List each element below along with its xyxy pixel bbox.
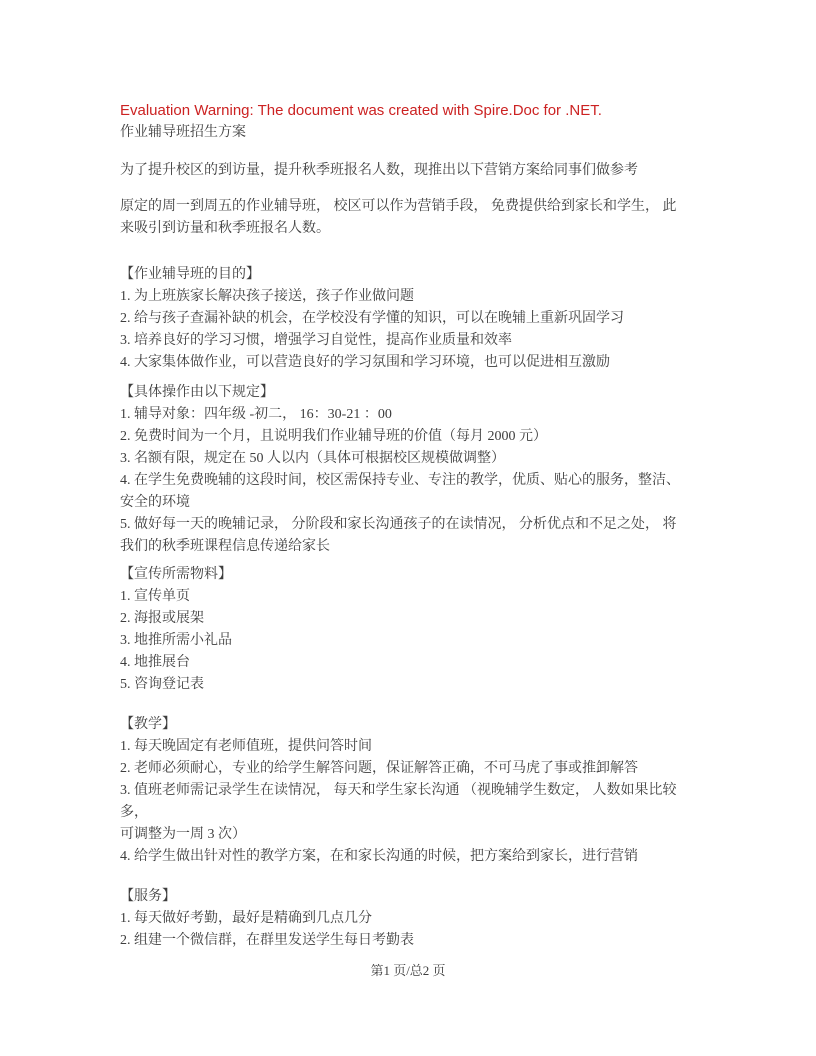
evaluation-warning-text: Evaluation Warning: The document was cre…	[120, 100, 696, 122]
section-service: 【服务】1. 每天做好考勤，最好是精确到几点几分2. 组建一个微信群，在群里发送…	[120, 886, 696, 952]
section-heading: 【具体操作由以下规定】	[120, 382, 696, 404]
text-line: 3. 培养良好的学习习惯，增强学习自觉性，提高作业质量和效率	[120, 330, 696, 352]
text-line: 可调整为一周 3 次）	[120, 824, 696, 846]
intro-paragraph-2: 原定的周一到周五的作业辅导班， 校区可以作为营销手段， 免费提供给到家长和学生，…	[120, 196, 696, 240]
text-line: 1. 为上班族家长解决孩子接送，孩子作业做问题	[120, 286, 696, 308]
section-purpose: 【作业辅导班的目的】1. 为上班族家长解决孩子接送，孩子作业做问题2. 给与孩子…	[120, 264, 696, 374]
section-materials: 【宣传所需物料】1. 宣传单页2. 海报或展架3. 地推所需小礼品4. 地推展台…	[120, 564, 696, 696]
text-line: 2. 组建一个微信群，在群里发送学生每日考勤表	[120, 930, 696, 952]
text-line: 多，	[120, 802, 696, 824]
section-heading: 【作业辅导班的目的】	[120, 264, 696, 286]
page-number-footer: 第1 页/总2 页	[0, 960, 816, 982]
text-line: 4. 给学生做出针对性的教学方案，在和家长沟通的时候，把方案给到家长，进行营销	[120, 846, 696, 868]
text-line: 5. 咨询登记表	[120, 674, 696, 696]
text-line: 3. 地推所需小礼品	[120, 630, 696, 652]
text-line: 3. 名额有限，规定在 50 人以内（具体可根据校区规模做调整）	[120, 448, 696, 470]
section-heading: 【教学】	[120, 714, 696, 736]
section-heading: 【服务】	[120, 886, 696, 908]
text-line: 我们的秋季班课程信息传递给家长	[120, 536, 696, 558]
text-line: 1. 宣传单页	[120, 586, 696, 608]
section-heading: 【宣传所需物料】	[120, 564, 696, 586]
document-title: 作业辅导班招生方案	[120, 122, 696, 144]
text-line: 2. 老师必须耐心，专业的给学生解答问题，保证解答正确，不可马虎了事或推卸解答	[120, 758, 696, 780]
text-line: 4. 地推展台	[120, 652, 696, 674]
text-line: 5. 做好每一天的晚辅记录， 分阶段和家长沟通孩子的在读情况， 分析优点和不足之…	[120, 514, 696, 536]
text-line: 2. 给与孩子查漏补缺的机会，在学校没有学懂的知识，可以在晚辅上重新巩固学习	[120, 308, 696, 330]
document-body: 为了提升校区的到访量，提升秋季班报名人数，现推出以下营销方案给同事们做参考原定的…	[120, 160, 696, 952]
text-line: 3. 值班老师需记录学生在读情况， 每天和学生家长沟通 （视晚辅学生数定， 人数…	[120, 780, 696, 802]
text-line: 原定的周一到周五的作业辅导班， 校区可以作为营销手段， 免费提供给到家长和学生，…	[120, 196, 696, 218]
section-rules: 【具体操作由以下规定】1. 辅导对象：四年级 -初二， 16：30-21 ：00…	[120, 382, 696, 558]
text-line: 1. 辅导对象：四年级 -初二， 16：30-21 ：00	[120, 404, 696, 426]
intro-paragraph-1: 为了提升校区的到访量，提升秋季班报名人数，现推出以下营销方案给同事们做参考	[120, 160, 696, 182]
text-line: 2. 海报或展架	[120, 608, 696, 630]
section-teaching: 【教学】1. 每天晚固定有老师值班，提供问答时间2. 老师必须耐心，专业的给学生…	[120, 714, 696, 868]
text-line: 1. 每天做好考勤，最好是精确到几点几分	[120, 908, 696, 930]
text-line: 4. 在学生免费晚辅的这段时间，校区需保持专业、专注的教学，优质、贴心的服务，整…	[120, 470, 696, 492]
text-line: 4. 大家集体做作业，可以营造良好的学习氛围和学习环境，也可以促进相互激励	[120, 352, 696, 374]
text-line: 1. 每天晚固定有老师值班，提供问答时间	[120, 736, 696, 758]
text-line: 为了提升校区的到访量，提升秋季班报名人数，现推出以下营销方案给同事们做参考	[120, 160, 696, 182]
document-page: Evaluation Warning: The document was cre…	[0, 0, 816, 1056]
text-line: 2. 免费时间为一个月，且说明我们作业辅导班的价值（每月 2000 元）	[120, 426, 696, 448]
text-line: 安全的环境	[120, 492, 696, 514]
text-line: 来吸引到访量和秋季班报名人数。	[120, 218, 696, 240]
